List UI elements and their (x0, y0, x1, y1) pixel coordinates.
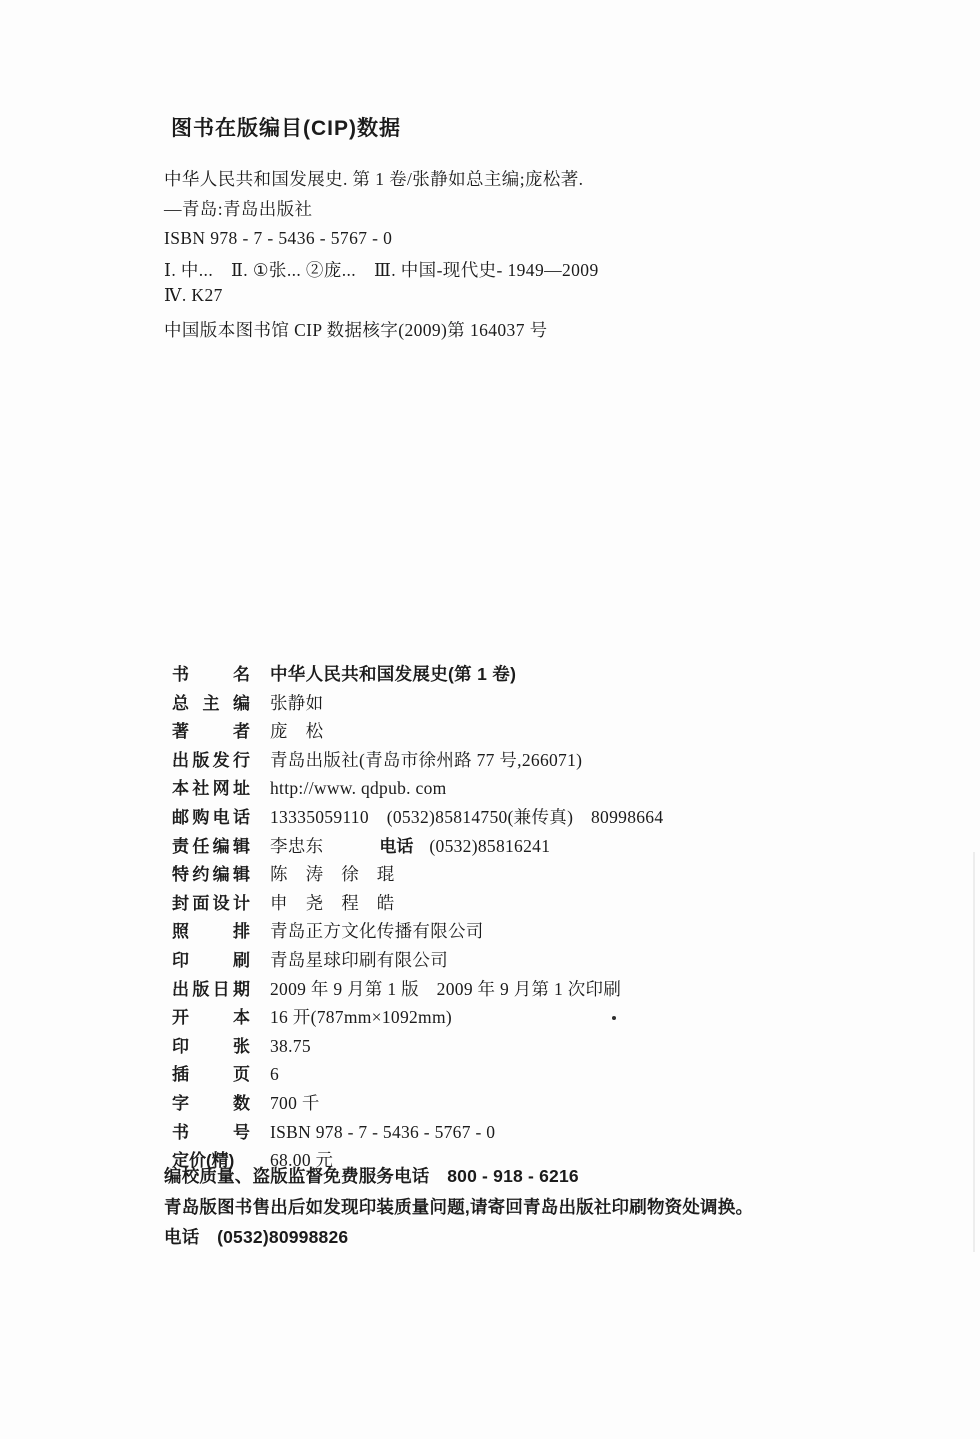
row-publication-date: 出版日期 2009 年 9 月第 1 版 2009 年 9 月第 1 次印刷 (172, 975, 892, 1004)
field-label: 印张 (172, 1032, 250, 1057)
row-book-title: 书名 中华人民共和国发展史(第 1 卷) (172, 660, 892, 689)
row-cover-design: 封面设计 申 尧 程 皓 (172, 889, 892, 918)
field-value: 中华人民共和国发展史(第 1 卷) (270, 661, 516, 686)
field-value website-url: http://www. qdpub. com (270, 778, 447, 799)
row-contributing-editors: 特约编辑 陈 涛 徐 琨 (172, 860, 892, 889)
row-insert-pages: 插页 6 (172, 1060, 892, 1089)
row-website: 本社网址 http://www. qdpub. com (172, 774, 892, 803)
field-value: 6 (270, 1064, 279, 1085)
field-value: 庞 松 (270, 718, 323, 743)
cip-heading: 图书在版编目(CIP)数据 (171, 112, 401, 142)
row-responsible-editor: 责任编辑 李忠东 电话 (0532)85816241 (172, 832, 892, 861)
field-label: 开本 (172, 1003, 250, 1028)
field-value: ISBN 978 - 7 - 5436 - 5767 - 0 (270, 1122, 495, 1143)
field-value: 李忠东 (270, 833, 323, 858)
field-value: 16 开(787mm×1092mm) (270, 1004, 452, 1029)
cip-title-line: 中华人民共和国发展史. 第 1 卷/张静如总主编;庞松著. (164, 166, 583, 191)
field-value: 13335059110 (0532)85814750(兼传真) 80998664 (270, 804, 663, 829)
field-label: 本社网址 (172, 774, 250, 799)
field-label: 邮购电话 (172, 803, 250, 828)
phone-sublabel: 电话 (379, 832, 413, 857)
field-label: 印刷 (172, 946, 250, 971)
field-value: 38.75 (270, 1036, 311, 1057)
field-label: 照排 (172, 917, 250, 942)
row-typesetting: 照排 青岛正方文化传播有限公司 (172, 917, 892, 946)
quality-notes-block: 编校质量、盗版监督免费服务电话 800 - 918 - 6216 青岛版图书售出… (164, 1163, 924, 1255)
field-label: 责任编辑 (172, 832, 250, 857)
row-printer: 印刷 青岛星球印刷有限公司 (172, 946, 892, 975)
field-label: 出版日期 (172, 975, 250, 1000)
field-value: 张静如 (270, 690, 323, 715)
field-value: 申 尧 程 皓 (270, 890, 395, 915)
cip-classification-line: Ⅰ. 中... Ⅱ. ①张... ②庞... Ⅲ. 中国-现代史- 1949—2… (164, 257, 599, 282)
field-value: 青岛正方文化传播有限公司 (270, 918, 484, 943)
row-word-count: 字数 700 千 (172, 1089, 892, 1118)
ink-speck-artifact (612, 1016, 616, 1020)
row-chief-editor: 总主编 张静如 (172, 689, 892, 718)
row-author: 著者 庞 松 (172, 717, 892, 746)
field-label: 字数 (172, 1089, 250, 1114)
cip-publisher-line: —青岛:青岛出版社 (164, 196, 312, 221)
field-value: 700 千 (270, 1090, 320, 1115)
scan-edge-artifact (973, 852, 975, 1252)
scanned-book-copyright-page: 图书在版编目(CIP)数据 中华人民共和国发展史. 第 1 卷/张静如总主编;庞… (0, 0, 980, 1439)
field-label: 封面设计 (172, 889, 250, 914)
row-format: 开本 16 开(787mm×1092mm) (172, 1003, 892, 1032)
field-value: 青岛星球印刷有限公司 (270, 947, 448, 972)
phone-subvalue: (0532)85816241 (429, 836, 550, 857)
field-value: 青岛出版社(青岛市徐州路 77 号,266071) (270, 747, 582, 772)
field-label: 著者 (172, 717, 250, 742)
row-isbn: 书号 ISBN 978 - 7 - 5436 - 5767 - 0 (172, 1118, 892, 1147)
field-value: 2009 年 9 月第 1 版 2009 年 9 月第 1 次印刷 (270, 976, 621, 1001)
return-policy-line: 青岛版图书售出后如发现印装质量问题,请寄回青岛出版社印刷物资处调换。 (164, 1194, 924, 1225)
field-label: 书名 (172, 660, 250, 685)
return-phone-line: 电话 (0532)80998826 (164, 1224, 924, 1255)
row-printed-sheets: 印张 38.75 (172, 1032, 892, 1061)
field-label: 特约编辑 (172, 860, 250, 885)
row-mail-order-phone: 邮购电话 13335059110 (0532)85814750(兼传真) 809… (172, 803, 892, 832)
field-label: 书号 (172, 1118, 250, 1143)
quality-hotline-line: 编校质量、盗版监督免费服务电话 800 - 918 - 6216 (164, 1163, 924, 1194)
cip-isbn-line: ISBN 978 - 7 - 5436 - 5767 - 0 (164, 228, 392, 249)
field-label: 总主编 (172, 689, 250, 714)
cip-classification-line-2: Ⅳ. K27 (164, 285, 223, 306)
row-publisher: 出版发行 青岛出版社(青岛市徐州路 77 号,266071) (172, 746, 892, 775)
field-label: 出版发行 (172, 746, 250, 771)
colophon-block: 书名 中华人民共和国发展史(第 1 卷) 总主编 张静如 著者 庞 松 出版发行… (172, 660, 892, 1175)
field-label: 插页 (172, 1060, 250, 1085)
cip-record-number-line: 中国版本图书馆 CIP 数据核字(2009)第 164037 号 (164, 317, 548, 342)
field-value: 陈 涛 徐 琨 (270, 861, 395, 886)
